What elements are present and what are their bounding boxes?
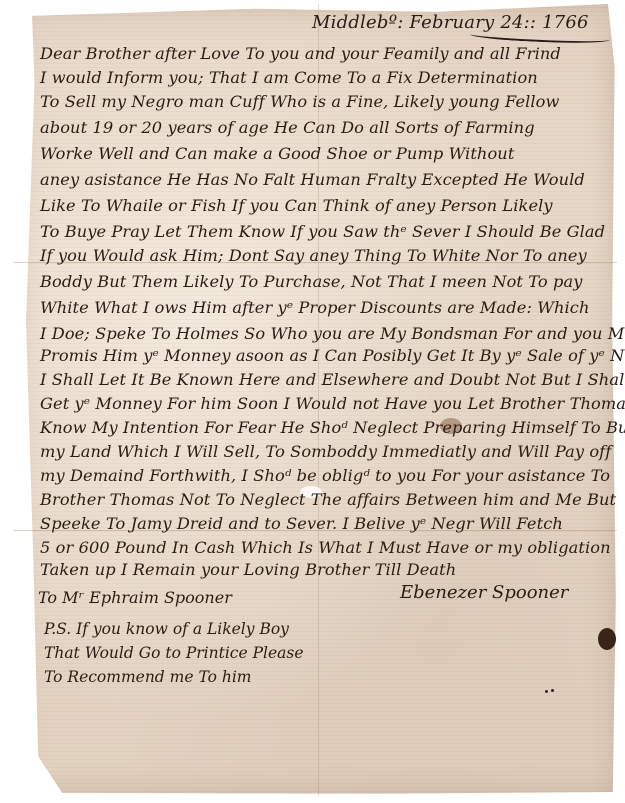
postscript-line: P.S. If you know of a Likely Boy bbox=[44, 620, 289, 638]
postscript-line: To Recommend me To him bbox=[44, 668, 251, 686]
letter-line: To Sell my Negro man Cuff Who is a Fine,… bbox=[40, 92, 560, 111]
letter-line: 5 or 600 Pound In Cash Which Is What I M… bbox=[40, 538, 611, 557]
letter-line: Worke Well and Can make a Good Shoe or P… bbox=[40, 144, 514, 163]
letter-line: Dear Brother after Love To you and your … bbox=[40, 44, 561, 63]
ink-speck bbox=[551, 689, 554, 692]
ink-stain bbox=[598, 628, 616, 650]
letter-line: Brother Thomas Not To Neglect The affair… bbox=[40, 490, 616, 509]
letter-line: Get yᵉ Monney For him Soon I Would not H… bbox=[40, 394, 625, 413]
letter-signature: Ebenezer Spooner bbox=[400, 582, 568, 603]
letter-line: Know My Intention For Fear He Shoᵈ Negle… bbox=[40, 418, 625, 437]
postscript-line: That Would Go to Printice Please bbox=[44, 644, 304, 662]
letter-line: I would Inform you; That I am Come To a … bbox=[40, 68, 538, 87]
letter-dateline: Middlebº: February 24:: 1766 bbox=[312, 12, 589, 33]
letter-line: I Shall Let It Be Known Here and Elsewhe… bbox=[40, 370, 625, 389]
letter-line: If you Would ask Him; Dont Say aney Thin… bbox=[40, 246, 587, 265]
letter-line: White What I ows Him after yᵉ Proper Dis… bbox=[40, 298, 590, 317]
letter-addressee: To Mʳ Ephraim Spooner bbox=[38, 588, 232, 607]
letter-line: my Demaind Forthwith, I Shoᵈ be obligᵈ t… bbox=[40, 466, 610, 485]
letter-line: Boddy But Them Likely To Purchase, Not T… bbox=[40, 272, 582, 291]
letter-line: I Doe; Speke To Holmes So Who you are My… bbox=[40, 324, 625, 343]
letter-line: To Buye Pray Let Them Know If you Saw th… bbox=[40, 222, 605, 241]
letter-line: aney asistance He Has No Falt Human Fral… bbox=[40, 170, 585, 189]
letter-closing-line: Taken up I Remain your Loving Brother Ti… bbox=[40, 560, 456, 579]
letter-line: Promis Him yᵉ Monney asoon as I Can Posi… bbox=[40, 346, 625, 365]
letter-line: Like To Whaile or Fish If you Can Think … bbox=[40, 196, 553, 215]
letter-line: my Land Which I Will Sell, To Somboddy I… bbox=[40, 442, 611, 461]
letter-line: about 19 or 20 years of age He Can Do al… bbox=[40, 118, 535, 137]
letter-line: Speeke To Jamy Dreid and to Sever. I Bel… bbox=[40, 514, 563, 533]
ink-speck bbox=[545, 690, 548, 693]
letter-page: Middlebº: February 24:: 1766 Dear Brothe… bbox=[0, 0, 625, 803]
